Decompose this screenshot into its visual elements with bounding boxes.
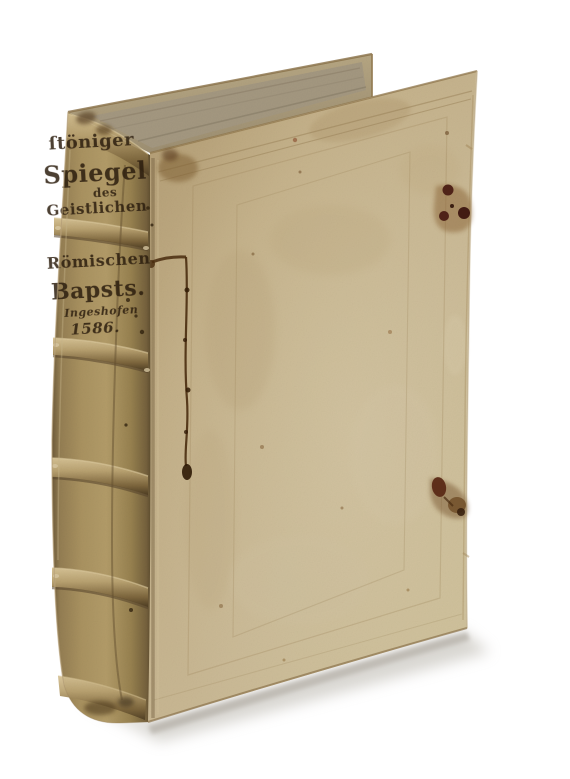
book-illustration: ſtöniger Spiegel des Geistlichen Römisch… bbox=[0, 0, 570, 779]
vellum-grain-texture bbox=[40, 40, 490, 740]
book-photo: ſtöniger Spiegel des Geistlichen Römisch… bbox=[0, 0, 570, 779]
